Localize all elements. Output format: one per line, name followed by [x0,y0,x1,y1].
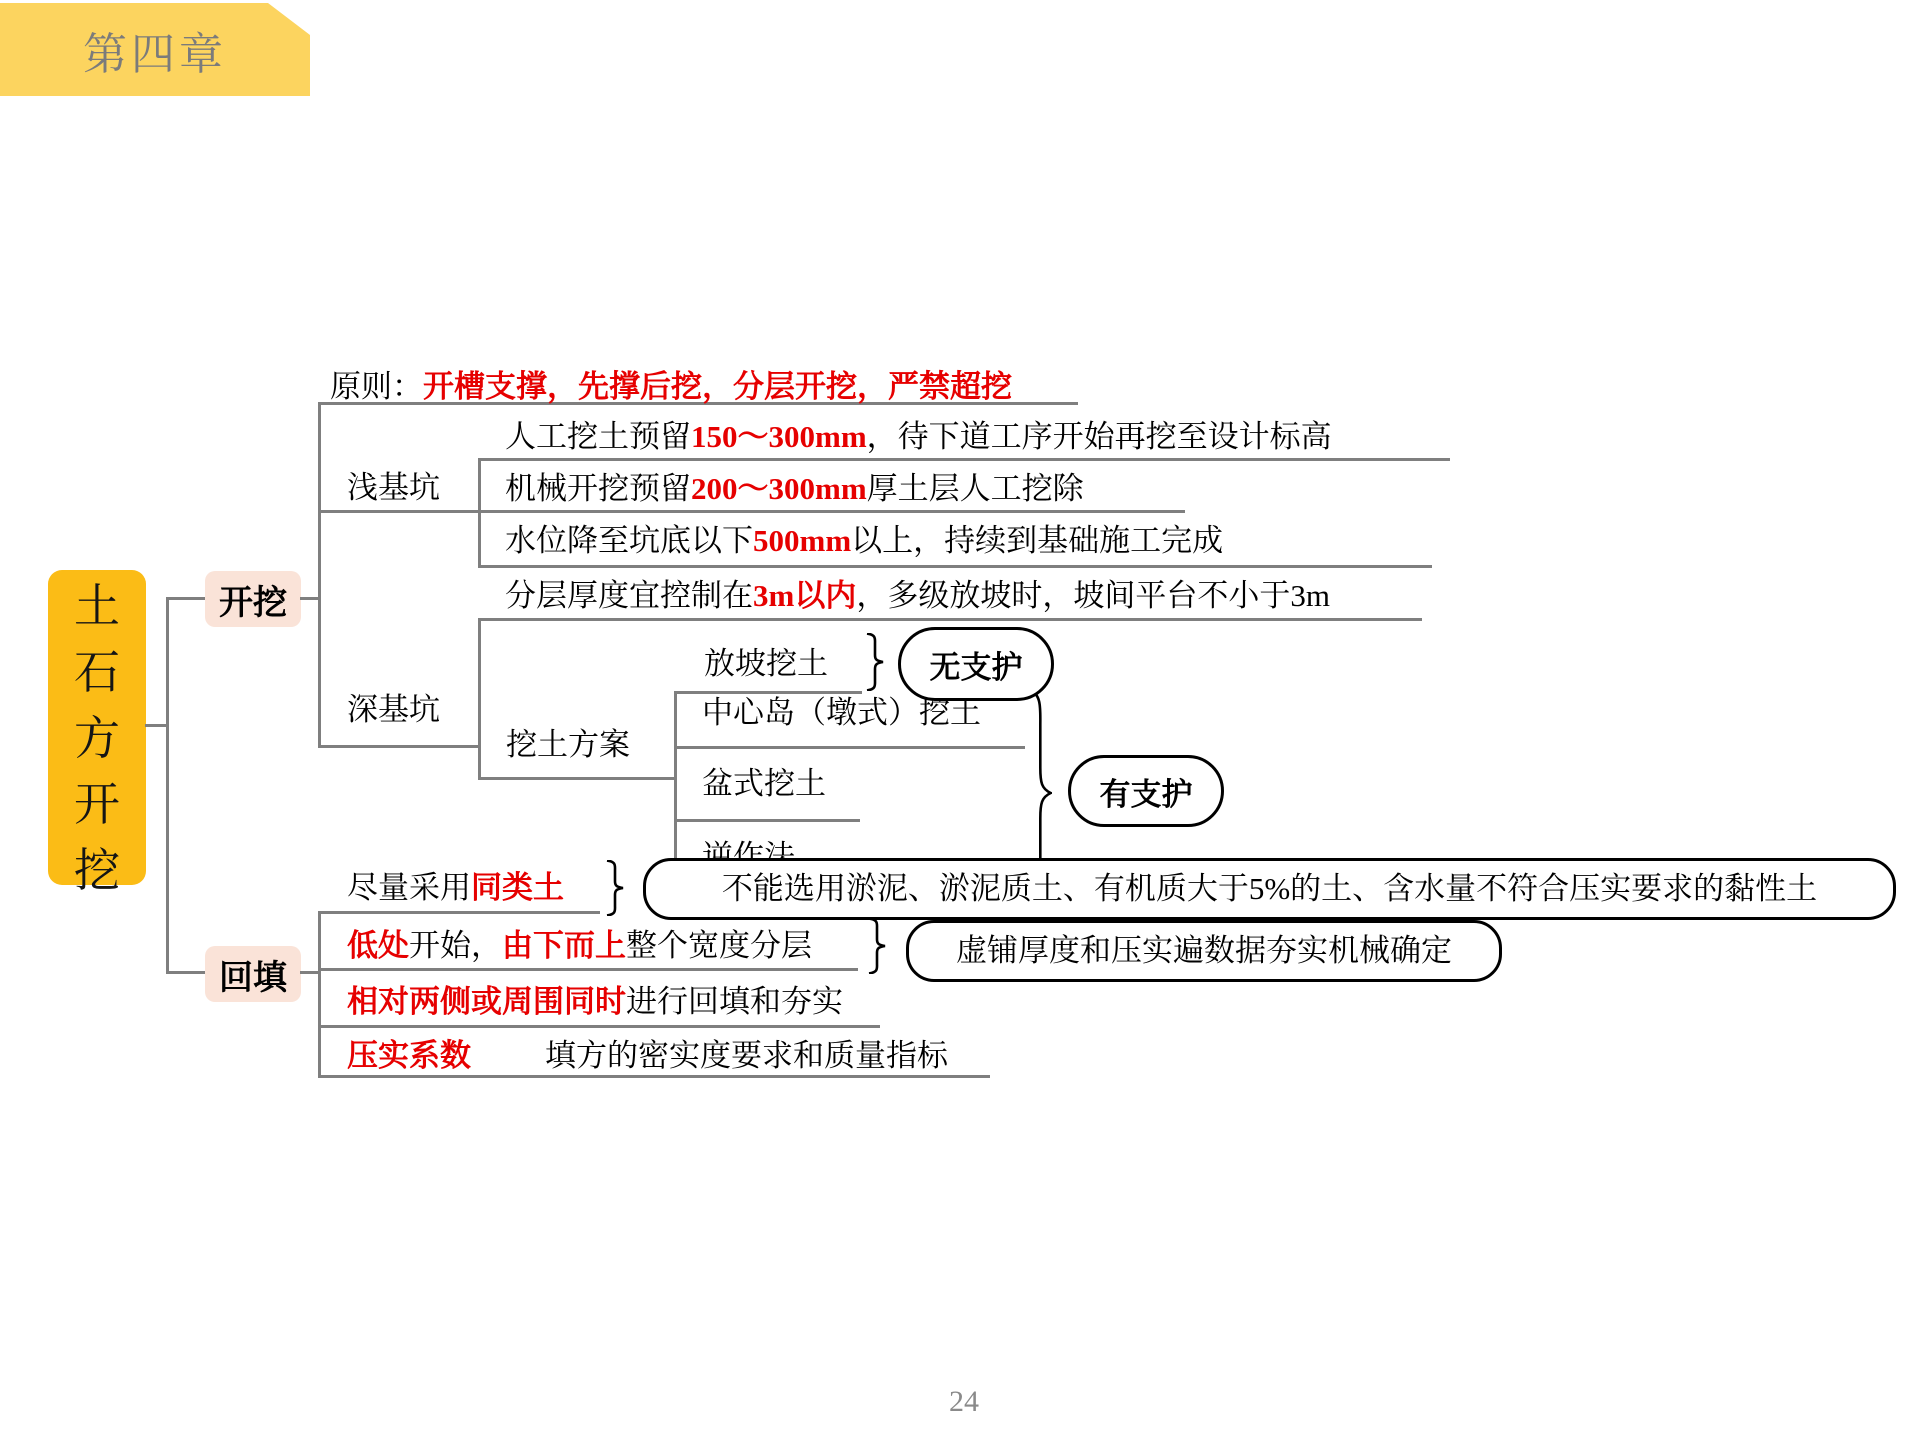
topic-char: 挖 [74,834,120,900]
connector-line [300,971,318,974]
no-support-oval: 无支护 [898,627,1054,701]
text-segment: 150～300mm [691,419,867,454]
underline-row [318,911,600,914]
text-segment: ，多级放坡时，坡间平台不小于3m [856,578,1330,613]
text-segment: 3m以内 [753,578,856,613]
connector-line [166,597,169,974]
text-segment: 整个宽度分层 [626,928,812,963]
text-segment: 确定 [1390,933,1452,969]
connector-line [166,597,205,600]
connector-line [478,618,481,780]
callout-unusable-soil: 不能选用淤泥、淤泥质土、有机质大于5%的土、含水量不符合压实要求的黏性土 [643,858,1896,920]
text-segment: ，待下道工序开始再挖至设计标高 [867,419,1332,454]
topic-char: 方 [74,702,120,768]
text-segment: 厚土层人工挖除 [867,471,1084,506]
text-segment: 200～300mm [691,471,867,506]
text-segment: 淤泥、淤泥质土、有机质大于5%的土、含水量不符合压实要求的黏性土 [846,871,1817,907]
text-segment: 同类土 [471,870,564,905]
topic-char: 土 [74,570,120,636]
text-segment: 填方的密实度要求和质量指标 [545,1038,948,1073]
row-slope-excavation: 放坡挖土 [704,645,828,683]
row-basin-excavation: 盆式挖土 [702,765,826,803]
row-water-level: 水位降至坑底以下500mm以上，持续到基础施工完成 [505,522,1223,560]
text-segment: 相对两侧或周围同时 [347,984,626,1019]
text-segment: 分层厚度宜控制在 [505,578,753,613]
text-segment: 用 [815,871,846,907]
text-segment: 水位降至坑底以下 [505,523,753,558]
underline-row [674,746,1025,749]
main-topic: 土石方开挖 [48,570,146,885]
principle-row: 原则：开槽支撑，先撑后挖，分层开挖，严禁超挖 [330,368,1012,406]
row-layer-thickness: 分层厚度宜控制在3m以内，多级放坡时，坡间平台不小于3m [505,577,1330,615]
underline-row [318,1075,990,1078]
text-segment: 盆式挖土 [702,766,826,801]
underline-plan [478,777,677,780]
underline-row [674,819,860,822]
text-segment: 人工挖土预留 [505,419,691,454]
excavation-plan-label: 挖土方案 [506,726,630,764]
underline-row [318,968,858,971]
text-segment: 夯实机械 [1266,933,1390,969]
text-segment: 由下而上 [502,928,626,963]
topic-char: 开 [74,768,120,834]
branch-backfill-node: 回填 [205,946,301,1002]
branch-excavate-node: 开挖 [205,571,301,627]
underline-row [478,565,1432,568]
deep-pit-label: 深基坑 [347,691,440,729]
brace-icon [866,918,886,974]
underline-shallow-pit [318,510,478,513]
row-compaction-desc: 填方的密实度要求和质量指标 [545,1037,948,1075]
with-support-oval: 有支护 [1068,755,1224,827]
underline-deep-pit [318,745,478,748]
text-segment: 压实系数 [347,1038,471,1073]
row-same-soil: 尽量采用同类土 [347,869,564,907]
row-compaction-coefficient: 压实系数 [347,1037,471,1075]
text-segment: 放坡挖土 [704,646,828,681]
text-segment: 开槽支撑，先撑后挖，分层开挖，严禁超挖 [423,369,1012,404]
connector-line [478,458,481,568]
text-segment: 不能选 [722,871,815,907]
text-segment: 虚铺厚度和压实遍数据 [956,933,1266,969]
brace-icon [864,633,884,691]
text-segment: 进行回填和夯实 [626,984,843,1019]
topic-char: 石 [74,636,120,702]
shallow-pit-label: 浅基坑 [347,469,440,507]
underline-row [478,618,1422,621]
text-segment: 500mm [753,523,851,558]
underline-row [478,458,1450,461]
page-number: 24 [904,1385,1024,1419]
chapter-badge: 第四章 [0,3,310,96]
connector-line [166,971,205,974]
text-segment: 低处 [347,928,409,963]
callout-loose-thickness: 虚铺厚度和压实遍数据夯实机械确定 [906,920,1502,982]
text-segment: 开始， [409,928,502,963]
row-manual-excavation: 人工挖土预留150～300mm，待下道工序开始再挖至设计标高 [505,418,1332,456]
brace-icon [604,860,624,916]
connector-line [145,724,167,727]
text-segment: 原则： [330,369,423,404]
row-start-low: 低处开始，由下而上整个宽度分层 [347,927,812,965]
connector-line [318,402,321,748]
row-both-sides: 相对两侧或周围同时进行回填和夯实 [347,983,843,1021]
text-segment: 尽量采用 [347,870,471,905]
underline-row [478,510,1185,513]
connector-line [300,597,318,600]
text-segment: 以上，持续到基础施工完成 [851,523,1223,558]
connector-line [318,911,321,1078]
underline-row [318,1025,880,1028]
row-machine-excavation: 机械开挖预留200～300mm厚土层人工挖除 [505,470,1084,508]
text-segment: 机械开挖预留 [505,471,691,506]
